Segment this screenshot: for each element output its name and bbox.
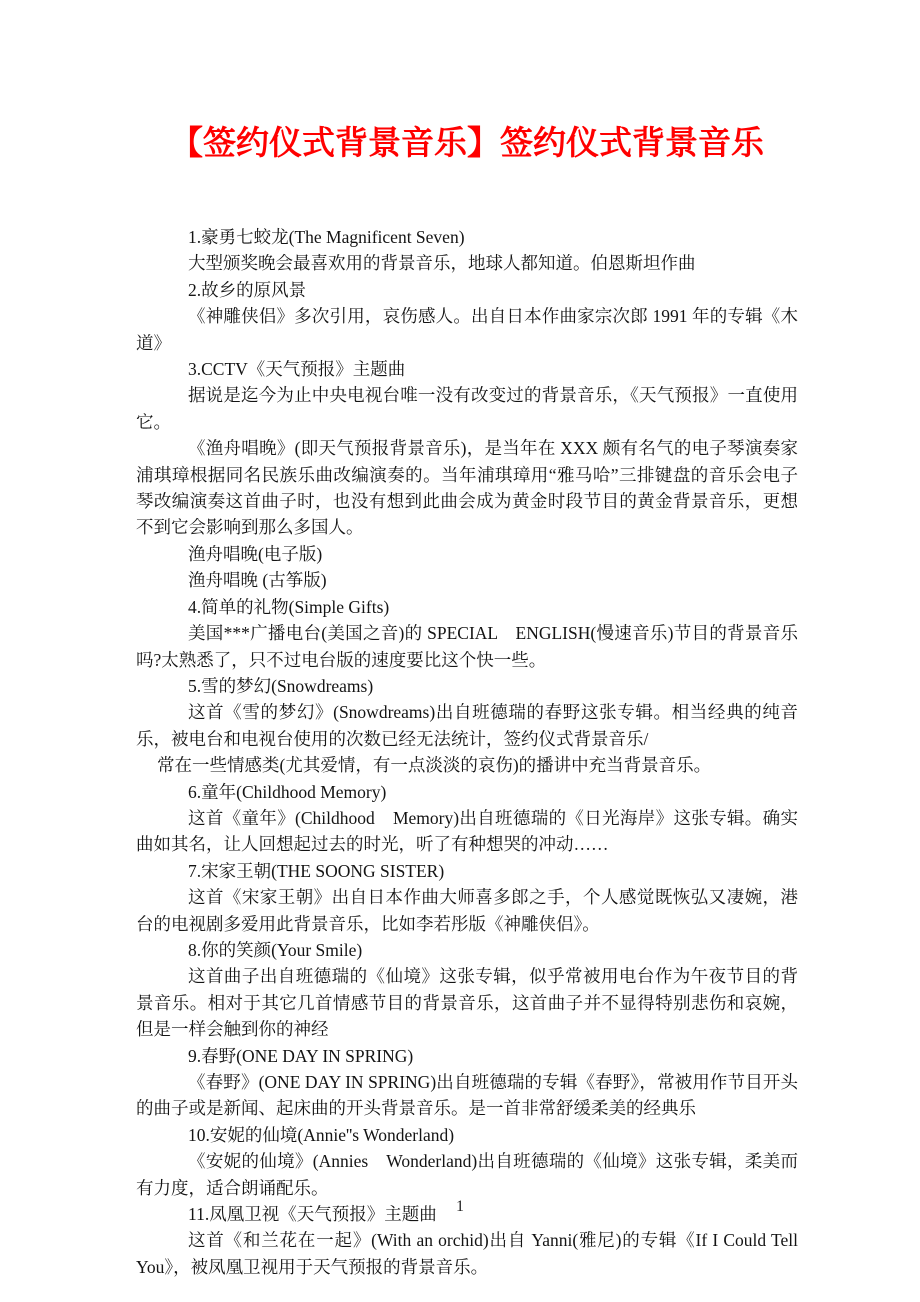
paragraph: 这首《和兰花在一起》(With an orchid)出自 Yanni(雅尼)的专… — [136, 1227, 798, 1280]
paragraph: 1.豪勇七蛟龙(The Magnificent Seven) — [136, 224, 798, 250]
paragraph: 6.童年(Childhood Memory) — [136, 779, 798, 805]
paragraph: 《渔舟唱晚》(即天气预报背景音乐)，是当年在 XXX 颇有名气的电子琴演奏家浦琪… — [136, 435, 798, 541]
document-title: 【签约仪式背景音乐】签约仪式背景音乐 — [136, 120, 798, 166]
document-body: 1.豪勇七蛟龙(The Magnificent Seven)大型颁奖晚会最喜欢用… — [136, 224, 798, 1280]
paragraph: 7.宋家王朝(THE SOONG SISTER) — [136, 858, 798, 884]
paragraph: 10.安妮的仙境(Annie''s Wonderland) — [136, 1122, 798, 1148]
paragraph: 这首《宋家王朝》出自日本作曲大师喜多郎之手，个人感觉既恢弘又凄婉，港台的电视剧多… — [136, 884, 798, 937]
paragraph: 《春野》(ONE DAY IN SPRING)出自班德瑞的专辑《春野》，常被用作… — [136, 1069, 798, 1122]
page-number: 1 — [0, 1198, 920, 1216]
paragraph: 这首《童年》(Childhood Memory)出自班德瑞的《日光海岸》这张专辑… — [136, 805, 798, 858]
paragraph: 这首曲子出自班德瑞的《仙境》这张专辑，似乎常被用电台作为午夜节目的背景音乐。相对… — [136, 963, 798, 1042]
paragraph: 8.你的笑颜(Your Smile) — [136, 937, 798, 963]
paragraph: 据说是迄今为止中央电视台唯一没有改变过的背景音乐，《天气预报》一直使用它。 — [136, 382, 798, 435]
paragraph: 《神雕侠侣》多次引用，哀伤感人。出自日本作曲家宗次郎 1991 年的专辑《木道》 — [136, 303, 798, 356]
paragraph: 2.故乡的原风景 — [136, 277, 798, 303]
paragraph: 这首《雪的梦幻》(Snowdreams)出自班德瑞的春野这张专辑。相当经典的纯音… — [136, 699, 798, 752]
paragraph: 大型颁奖晚会最喜欢用的背景音乐，地球人都知道。伯恩斯坦作曲 — [136, 250, 798, 276]
paragraph: 3.CCTV《天气预报》主题曲 — [136, 356, 798, 382]
document-page: 【签约仪式背景音乐】签约仪式背景音乐 1.豪勇七蛟龙(The Magnifice… — [0, 0, 920, 1302]
paragraph: 5.雪的梦幻(Snowdreams) — [136, 673, 798, 699]
paragraph: 《安妮的仙境》(Annies Wonderland)出自班德瑞的《仙境》这张专辑… — [136, 1148, 798, 1201]
paragraph: 美国***广播电台(美国之音)的 SPECIAL ENGLISH(慢速音乐)节目… — [136, 620, 798, 673]
paragraph: 9.春野(ONE DAY IN SPRING) — [136, 1043, 798, 1069]
paragraph: 4.简单的礼物(Simple Gifts) — [136, 594, 798, 620]
paragraph: 常在一些情感类(尤其爱情，有一点淡淡的哀伤)的播讲中充当背景音乐。 — [136, 752, 798, 778]
document-content: 【签约仪式背景音乐】签约仪式背景音乐 1.豪勇七蛟龙(The Magnifice… — [136, 120, 798, 1280]
paragraph: 渔舟唱晚 (古筝版) — [136, 567, 798, 593]
paragraph: 渔舟唱晚(电子版) — [136, 541, 798, 567]
